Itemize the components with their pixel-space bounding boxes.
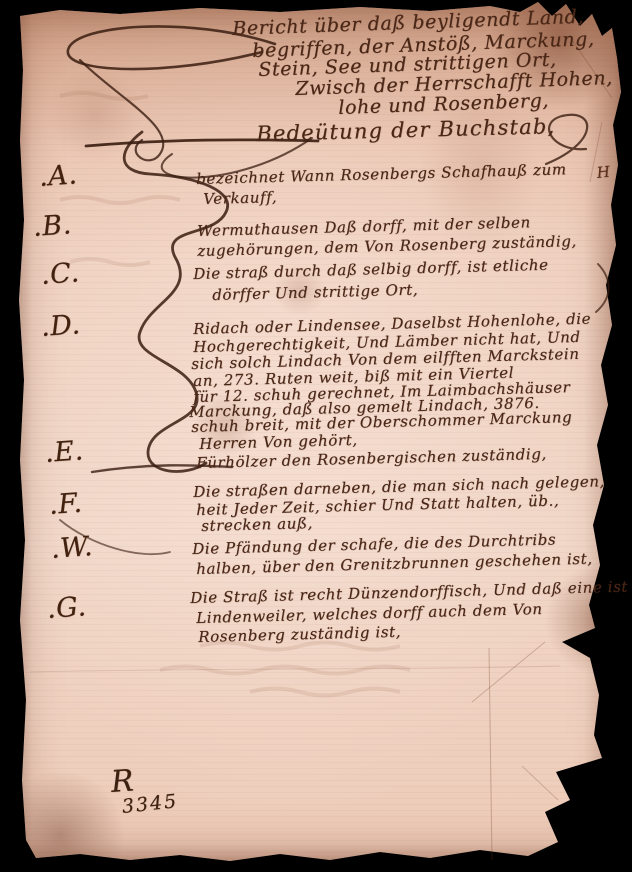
entry-line: Verkauff, [203, 190, 277, 207]
margin-letter-c: .C. [40, 259, 80, 289]
margin-letter-d: .D. [40, 311, 81, 341]
margin-letter-e: .E. [44, 437, 84, 467]
entry-line: strecken auß, [201, 516, 313, 534]
margin-letter-w: .W. [50, 533, 94, 563]
entry-line: Herren Von gehört, [199, 433, 358, 452]
margin-letter-f: .F. [48, 490, 83, 519]
margin-letter-b: .B. [32, 211, 73, 241]
manuscript-scan: Bericht über daß beyligendt Land, begrif… [0, 0, 632, 872]
margin-letter-g: .G. [46, 593, 87, 623]
margin-letter-a: .A. [38, 161, 78, 191]
archive-letter: R [110, 766, 135, 798]
edge-mark: H [596, 165, 611, 181]
